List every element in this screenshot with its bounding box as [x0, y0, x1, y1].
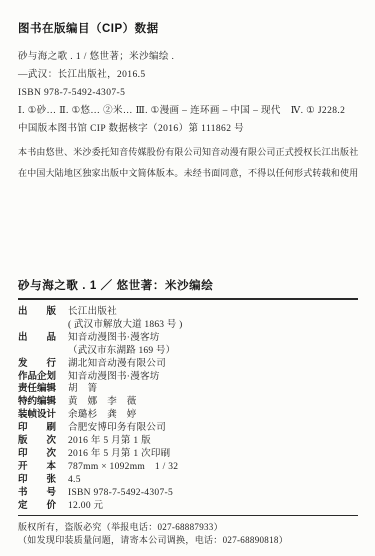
- cip-record-number-line: 中国版本图书馆 CIP 数据核字（2016）第 111862 号: [18, 120, 358, 138]
- table-row-producer: 出 品 知音动漫图书·漫客坊: [18, 332, 358, 345]
- cip-record: 砂与海之歌 . 1 / 悠世著；米沙编绘 . —武汉：长江出版社，2016.5 …: [18, 48, 358, 138]
- cip-title-statement: 砂与海之歌 . 1 / 悠世著；米沙编绘 .: [18, 48, 358, 66]
- row-value: 黄 娜 李 薇: [62, 396, 358, 409]
- authorization-line: 本书由悠世、米沙委托知音传媒股份有限公司知音动漫有限公司正式授权长江出版社，: [18, 142, 358, 163]
- row-note: （武汉市东湖路 169 号）: [62, 345, 358, 358]
- divider-top: [18, 298, 358, 300]
- row-label: 版 次: [18, 435, 62, 448]
- row-label: 装帧设计: [18, 409, 62, 422]
- row-value: 合肥安博印务有限公司: [62, 422, 358, 435]
- table-row-design: 装帧设计 余璐杉 龚 婷: [18, 409, 358, 422]
- table-row-responsible-editor: 责任编辑 胡 箐: [18, 383, 358, 396]
- row-value: 知音动漫图书·漫客坊: [62, 332, 358, 345]
- row-value: 湖北知音动漫有限公司: [62, 358, 358, 371]
- authorization-notice: 本书由悠世、米沙委托知音传媒股份有限公司知音动漫有限公司正式授权长江出版社， 在…: [18, 142, 358, 183]
- table-row-contributing-editors: 特约编辑 黄 娜 李 薇: [18, 396, 358, 409]
- row-value: 4.5: [62, 474, 358, 487]
- divider-bottom: [18, 515, 358, 516]
- table-row-edition: 版 次 2016 年 5 月第 1 版: [18, 435, 358, 448]
- row-value: ISBN 978-7-5492-4307-5: [62, 487, 358, 500]
- row-value: 知音动漫图书·漫客坊: [62, 371, 358, 384]
- table-row-producer-address: （武汉市东湖路 169 号）: [18, 345, 358, 358]
- row-label: 书 号: [18, 487, 62, 500]
- table-row-printer: 印 刷 合肥安博印务有限公司: [18, 422, 358, 435]
- quality-notice-line: （如发现印装质量问题，请寄本公司调换，电话：027-68890818）: [18, 534, 358, 548]
- cip-heading: 图书在版编目（CIP）数据: [18, 22, 358, 36]
- row-label: 发 行: [18, 358, 62, 371]
- row-label: 印 次: [18, 448, 62, 461]
- colophon-table: 出 版 长江出版社 ( 武汉市解放大道 1863 号 ) 出 品 知音动漫图书·…: [18, 306, 358, 513]
- authorization-line: 在中国大陆地区独家出版中文简体版本。未经书面同意，不得以任何形式转载和使用。: [18, 163, 358, 184]
- table-row-publisher: 出 版 长江出版社: [18, 306, 358, 319]
- row-note: ( 武汉市解放大道 1863 号 ): [62, 319, 358, 332]
- row-value: 2016 年 5 月第 1 次印刷: [62, 448, 358, 461]
- row-value: 787mm × 1092mm 1 / 32: [62, 461, 358, 474]
- piracy-notice-line: 版权所有，盗版必究（举报电话：027-68887933）: [18, 521, 358, 535]
- cip-isbn-line: ISBN 978-7-5492-4307-5: [18, 84, 358, 102]
- row-label: 出 品: [18, 332, 62, 345]
- book-title-line: 砂与海之歌 . 1 ／ 悠世著：米沙编绘: [18, 278, 358, 294]
- table-row-distributor: 发 行 湖北知音动漫有限公司: [18, 358, 358, 371]
- row-label: 作品企划: [18, 371, 62, 384]
- table-row-format: 开 本 787mm × 1092mm 1 / 32: [18, 461, 358, 474]
- row-value: 2016 年 5 月第 1 版: [62, 435, 358, 448]
- cip-publisher-line: —武汉：长江出版社，2016.5: [18, 66, 358, 84]
- table-row-price: 定 价 12.00 元: [18, 500, 358, 513]
- row-label: 印 张: [18, 474, 62, 487]
- row-label: 责任编辑: [18, 383, 62, 396]
- copyright-page: 图书在版编目（CIP）数据 砂与海之歌 . 1 / 悠世著；米沙编绘 . —武汉…: [0, 0, 375, 556]
- table-row-isbn: 书 号 ISBN 978-7-5492-4307-5: [18, 487, 358, 500]
- row-label: 开 本: [18, 461, 62, 474]
- row-label: 特约编辑: [18, 396, 62, 409]
- table-row-sheets: 印 张 4.5: [18, 474, 358, 487]
- copyright-notice: 版权所有，盗版必究（举报电话：027-68887933） （如发现印装质量问题，…: [18, 521, 358, 548]
- cip-classification-line: Ⅰ. ①砂… Ⅱ. ①悠… ②米… Ⅲ. ①漫画 – 连环画 – 中国 – 现代…: [18, 102, 358, 120]
- table-row-planning: 作品企划 知音动漫图书·漫客坊: [18, 371, 358, 384]
- row-value: 长江出版社: [62, 306, 358, 319]
- row-value: 12.00 元: [62, 500, 358, 513]
- row-value: 胡 箐: [62, 383, 358, 396]
- table-row-publisher-address: ( 武汉市解放大道 1863 号 ): [18, 319, 358, 332]
- row-label: 出 版: [18, 306, 62, 319]
- row-label: 印 刷: [18, 422, 62, 435]
- row-label: 定 价: [18, 500, 62, 513]
- table-row-impression: 印 次 2016 年 5 月第 1 次印刷: [18, 448, 358, 461]
- row-value: 余璐杉 龚 婷: [62, 409, 358, 422]
